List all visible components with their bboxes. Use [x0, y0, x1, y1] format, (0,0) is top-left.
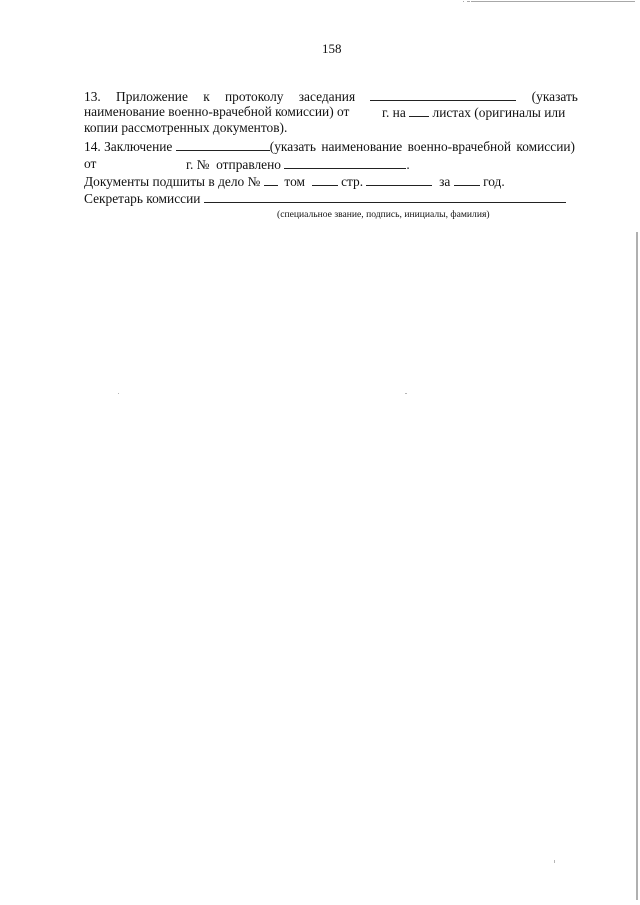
item13-number: 13.	[84, 89, 101, 105]
scan-speck	[405, 393, 407, 394]
filing-text: стр.	[341, 174, 363, 189]
scan-speck	[118, 393, 119, 394]
item13-word: к	[203, 89, 210, 105]
item13-text: наименование военно-врачебной комиссии) …	[84, 104, 349, 119]
item14-label: 14. Заключение	[84, 139, 172, 154]
item13-line3: копии рассмотренных документов).	[84, 120, 287, 136]
volume-blank[interactable]	[312, 173, 338, 186]
item13-word: протоколу	[225, 89, 283, 105]
period: .	[406, 157, 409, 172]
scan-edge-right	[636, 232, 638, 900]
item13-text: г. на	[382, 105, 406, 120]
secretary-line: Секретарь комиссии	[84, 190, 566, 207]
page-blank[interactable]	[366, 173, 432, 186]
commission-name-blank[interactable]	[370, 88, 516, 101]
filing-text: год.	[483, 174, 505, 189]
item14-line2-from: от	[84, 156, 96, 172]
page-number: 158	[322, 41, 342, 57]
item13-word: Приложение	[116, 89, 188, 105]
filing-line: Документы подшиты в дело № том стр. за г…	[84, 173, 505, 190]
year-blank[interactable]	[454, 173, 480, 186]
item14-line2: г. № отправлено .	[186, 156, 410, 173]
item14-text: г. №	[186, 157, 209, 172]
scan-speck	[463, 1, 464, 2]
item13-line2b: г. на листах (оригиналы или	[382, 104, 565, 121]
secretary-caption: (специальное звание, подпись, инициалы, …	[277, 209, 490, 220]
secretary-signature-blank[interactable]	[204, 190, 566, 203]
item13-word: (указать	[532, 89, 578, 105]
scan-edge-top	[471, 1, 635, 2]
sent-to-blank[interactable]	[284, 156, 406, 169]
item14-text: (указать наименование военно-врачебной к…	[270, 139, 575, 154]
conclusion-blank[interactable]	[176, 138, 270, 151]
filing-text: за	[439, 174, 450, 189]
filing-text: том	[284, 174, 305, 189]
item13-text: листах (оригиналы или	[433, 105, 566, 120]
item14-text: отправлено	[216, 157, 281, 172]
scan-speck	[554, 860, 555, 863]
case-number-blank[interactable]	[264, 173, 278, 186]
item13-line2: наименование военно-врачебной комиссии) …	[84, 104, 349, 120]
sheets-count-blank[interactable]	[409, 104, 429, 117]
item13-word: заседания	[299, 89, 355, 105]
filing-text: Документы подшиты в дело №	[84, 174, 260, 189]
scan-speck	[467, 1, 470, 2]
secretary-label: Секретарь комиссии	[84, 191, 200, 206]
item13-line1: 13. Приложение к протоколу заседания (ук…	[84, 88, 578, 105]
item14-line1: 14. Заключение (указать наименование вое…	[84, 138, 575, 155]
